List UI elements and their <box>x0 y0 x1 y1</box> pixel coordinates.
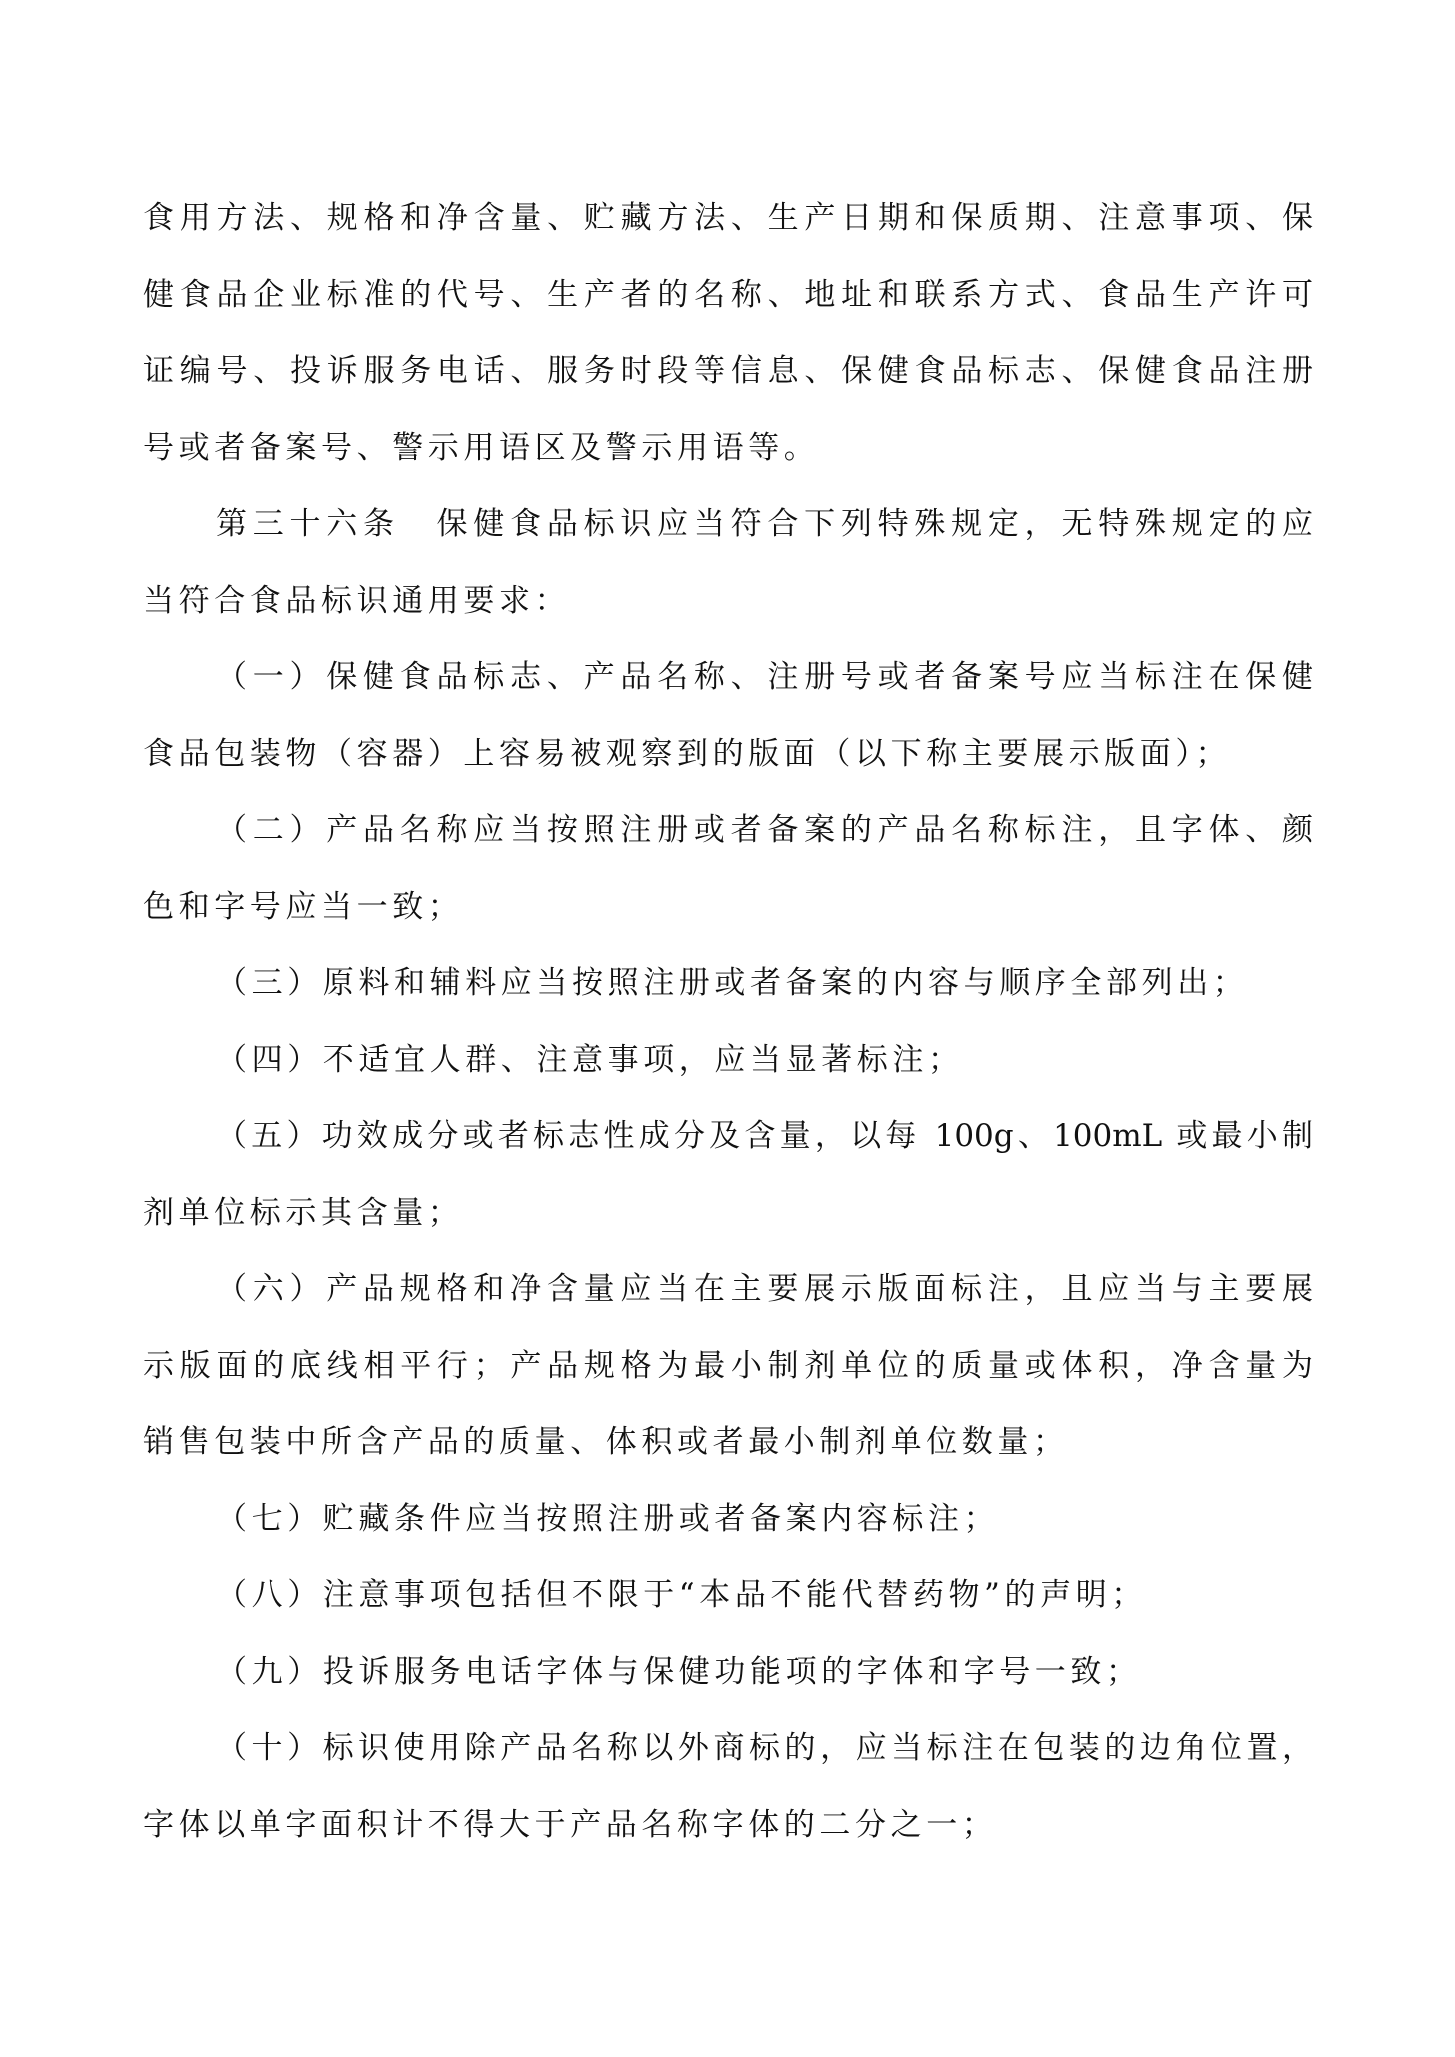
text-line: （八）注意事项包括但不限于“本品不能代替药物”的声明； <box>143 1557 1313 1634</box>
text-line: （七）贮藏条件应当按照注册或者备案内容标注； <box>143 1481 1313 1558</box>
text-line: （二）产品名称应当按照注册或者备案的产品名称标注，且字体、颜 <box>143 792 1313 869</box>
text-line: （五）功效成分或者标志性成分及含量，以每 100g、100mL 或最小制 <box>143 1098 1313 1175</box>
text-line: 示版面的底线相平行；产品规格为最小制剂单位的质量或体积，净含量为 <box>143 1328 1313 1405</box>
paragraph-continued: 食用方法、规格和净含量、贮藏方法、生产日期和保质期、注意事项、保 健食品企业标准… <box>143 180 1313 486</box>
text-line: （三）原料和辅料应当按照注册或者备案的内容与顺序全部列出； <box>143 945 1313 1022</box>
text-line: 食品包装物（容器）上容易被观察到的版面（以下称主要展示版面）； <box>143 716 1313 793</box>
text-line: 健食品企业标准的代号、生产者的名称、地址和联系方式、食品生产许可 <box>143 257 1313 334</box>
text-line: 剂单位标示其含量； <box>143 1175 1313 1252</box>
list-item-9: （九）投诉服务电话字体与保健功能项的字体和字号一致； <box>143 1634 1313 1711</box>
list-item-3: （三）原料和辅料应当按照注册或者备案的内容与顺序全部列出； <box>143 945 1313 1022</box>
article-heading-line: 第三十六条 保健食品标识应当符合下列特殊规定，无特殊规定的应 <box>143 486 1313 563</box>
document-body: 食用方法、规格和净含量、贮藏方法、生产日期和保质期、注意事项、保 健食品企业标准… <box>143 180 1313 1863</box>
list-item-10: （十）标识使用除产品名称以外商标的，应当标注在包装的边角位置， 字体以单字面积计… <box>143 1710 1313 1863</box>
list-item-2: （二）产品名称应当按照注册或者备案的产品名称标注，且字体、颜 色和字号应当一致； <box>143 792 1313 945</box>
list-item-5: （五）功效成分或者标志性成分及含量，以每 100g、100mL 或最小制 剂单位… <box>143 1098 1313 1251</box>
text-line: （六）产品规格和净含量应当在主要展示版面标注，且应当与主要展 <box>143 1251 1313 1328</box>
text-line: （四）不适宜人群、注意事项，应当显著标注； <box>143 1022 1313 1099</box>
text-line: 号或者备案号、警示用语区及警示用语等。 <box>143 410 1313 487</box>
text-line: （九）投诉服务电话字体与保健功能项的字体和字号一致； <box>143 1634 1313 1711</box>
list-item-1: （一）保健食品标志、产品名称、注册号或者备案号应当标注在保健 食品包装物（容器）… <box>143 639 1313 792</box>
text-line: （一）保健食品标志、产品名称、注册号或者备案号应当标注在保健 <box>143 639 1313 716</box>
text-line: （十）标识使用除产品名称以外商标的，应当标注在包装的边角位置， <box>143 1710 1313 1787</box>
text-line: 销售包装中所含产品的质量、体积或者最小制剂单位数量； <box>143 1404 1313 1481</box>
text-line: 字体以单字面积计不得大于产品名称字体的二分之一； <box>143 1787 1313 1864</box>
list-item-4: （四）不适宜人群、注意事项，应当显著标注； <box>143 1022 1313 1099</box>
text-line: 食用方法、规格和净含量、贮藏方法、生产日期和保质期、注意事项、保 <box>143 180 1313 257</box>
document-page: 食用方法、规格和净含量、贮藏方法、生产日期和保质期、注意事项、保 健食品企业标准… <box>0 0 1455 2057</box>
text-line: 色和字号应当一致； <box>143 869 1313 946</box>
list-item-6: （六）产品规格和净含量应当在主要展示版面标注，且应当与主要展 示版面的底线相平行… <box>143 1251 1313 1481</box>
list-item-8: （八）注意事项包括但不限于“本品不能代替药物”的声明； <box>143 1557 1313 1634</box>
list-item-7: （七）贮藏条件应当按照注册或者备案内容标注； <box>143 1481 1313 1558</box>
text-line: 证编号、投诉服务电话、服务时段等信息、保健食品标志、保健食品注册 <box>143 333 1313 410</box>
text-line: 当符合食品标识通用要求： <box>143 563 1313 640</box>
article-36-paragraph: 第三十六条 保健食品标识应当符合下列特殊规定，无特殊规定的应 当符合食品标识通用… <box>143 486 1313 639</box>
